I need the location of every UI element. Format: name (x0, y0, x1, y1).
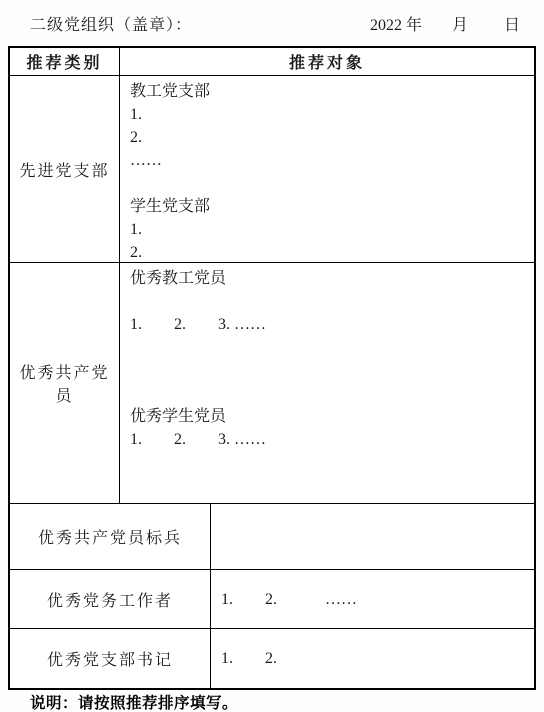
category-label: 先进党支部 (10, 76, 120, 262)
recommendation-table: 推荐类别 推荐对象 先进党支部 教工党支部 1. 2. …… 学生党支部 1. … (8, 46, 536, 690)
date-month-unit: 月 (452, 12, 468, 35)
footer-note: 说明：请按照推荐排序填写。 (30, 691, 238, 712)
content-line: …… (130, 149, 524, 172)
header-category: 推荐类别 (10, 48, 120, 75)
content-line: 1. 2. 3. …… (130, 313, 524, 336)
content-line: 1. (130, 103, 524, 126)
org-seal-label: 二级党组织（盖章）： (30, 12, 192, 35)
content-line: 优秀教工党员 (130, 267, 524, 290)
target-cell: 优秀教工党员 1. 2. 3. …… 优秀学生党员 1. 2. 3. …… (120, 263, 534, 503)
category-label: 优秀党务工作者 (10, 570, 211, 628)
target-cell (211, 504, 534, 569)
content-line: 1. 2. 3. …… (130, 428, 524, 451)
date-day-unit: 日 (504, 12, 520, 35)
content-line: 1. (130, 218, 524, 241)
content-line (130, 336, 524, 359)
category-label: 优秀党支部书记 (10, 629, 211, 688)
table-header-row: 推荐类别 推荐对象 (10, 48, 534, 76)
date-line: 2022 年 月 日 (370, 12, 520, 35)
target-cell: 1. 2. …… (211, 570, 534, 628)
content-line: 教工党支部 (130, 80, 524, 103)
content-line: 1. 2. (221, 647, 277, 670)
header-target: 推荐对象 (120, 48, 534, 75)
target-cell: 教工党支部 1. 2. …… 学生党支部 1. 2. (120, 76, 534, 262)
content-line (130, 172, 524, 195)
category-label: 优秀共产党员 (10, 263, 120, 503)
date-year: 2022 年 (370, 12, 422, 35)
content-line: 2. (130, 241, 524, 264)
table-row-advanced-branch: 先进党支部 教工党支部 1. 2. …… 学生党支部 1. 2. (10, 76, 534, 263)
content-line (130, 290, 524, 313)
content-line (130, 382, 524, 405)
content-line: 2. (130, 126, 524, 149)
table-row-model-member: 优秀共产党员标兵 (10, 504, 534, 570)
table-row-party-affairs-worker: 优秀党务工作者 1. 2. …… (10, 570, 534, 629)
category-label: 优秀共产党员标兵 (10, 504, 211, 569)
content-line: 学生党支部 (130, 195, 524, 218)
content-line: 优秀学生党员 (130, 405, 524, 428)
top-line: 二级党组织（盖章）： 2022 年 月 日 (30, 12, 520, 35)
target-cell: 1. 2. (211, 629, 534, 688)
table-row-branch-secretary: 优秀党支部书记 1. 2. (10, 629, 534, 688)
content-line (130, 359, 524, 382)
document-page: 二级党组织（盖章）： 2022 年 月 日 推荐类别 推荐对象 先进党支部 教工… (0, 0, 544, 712)
content-line: 1. 2. …… (221, 588, 357, 611)
table-row-outstanding-member: 优秀共产党员 优秀教工党员 1. 2. 3. …… 优秀学生党员 1. 2. 3… (10, 263, 534, 504)
